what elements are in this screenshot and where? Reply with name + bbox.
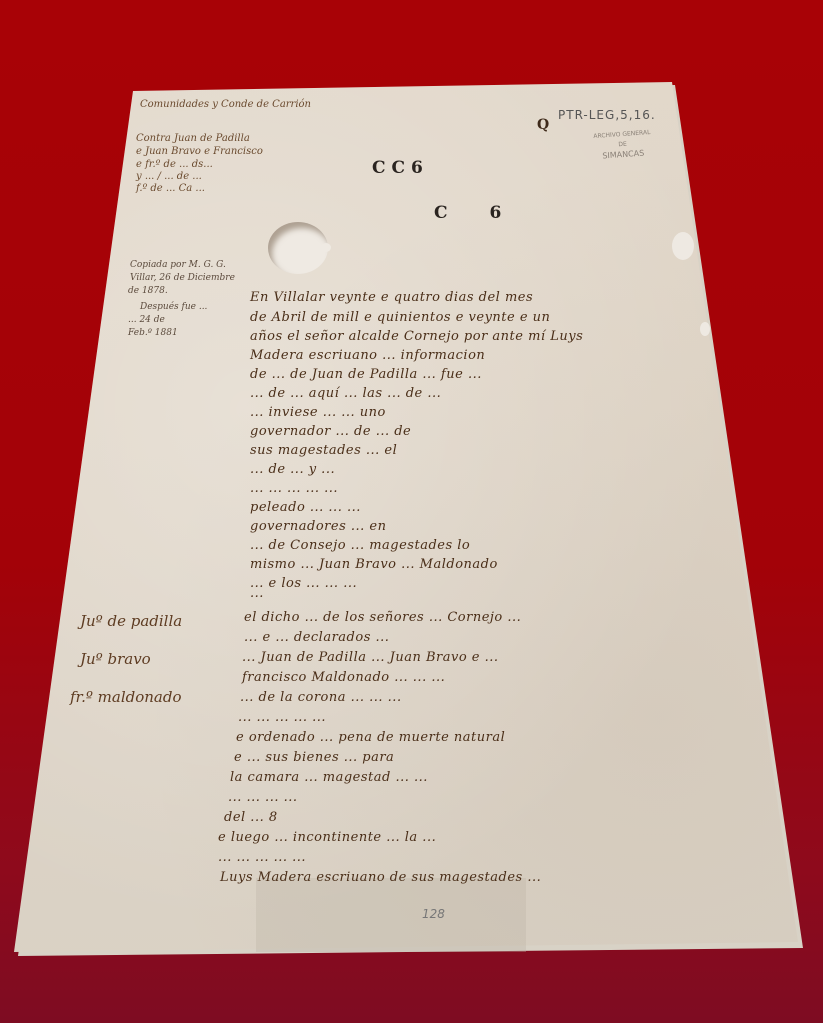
margin-signature-bravo: Juº bravo (80, 650, 151, 668)
body-line: sus magestades ... el (250, 443, 397, 458)
body-line: Madera escriuano ... informacion (250, 348, 485, 363)
margin-note-line: Villar, 26 de Diciembre (130, 273, 235, 283)
body-line: ... ... ... ... ... (218, 850, 306, 865)
archive-stamp: ARCHIVO GENERAL DE SIMANCAS (591, 128, 656, 172)
conservation-tape (256, 878, 526, 952)
header-line: y ... / ... de ... (136, 171, 202, 182)
body-line: ... e ... declarados ... (244, 630, 389, 645)
body-line: governador ... de ... de (250, 424, 411, 439)
body-line: el dicho ... de los señores ... Cornejo … (244, 610, 521, 625)
header-line: e Juan Bravo e Francisco (136, 146, 263, 157)
body-line: ... de ... y ... (250, 462, 335, 477)
header-line: e fr.º de ... ds... (136, 159, 213, 170)
body-line: ... inviese ... ... uno (250, 405, 386, 420)
paper-hole (268, 222, 328, 274)
margin-signature-padilla: Juº de padilla (80, 612, 182, 630)
body-line: En Villalar veynte e quatro dias del mes (250, 290, 533, 305)
paper-stain (672, 232, 694, 260)
header-line: f.º de ... Ca ... (136, 183, 205, 194)
margin-note-line: de 1878. (128, 286, 168, 296)
body-line: governadores ... en (250, 519, 386, 534)
header-line: Contra Juan de Padilla (136, 133, 250, 144)
body-line: e luego ... incontinente ... la ... (218, 830, 436, 845)
body-line: francisco Maldonado ... ... ... (242, 670, 445, 685)
body-line: años el señor alcalde Cornejo por ante m… (250, 329, 583, 344)
margin-note-line: Feb.º 1881 (128, 328, 178, 338)
paper-stain (700, 322, 710, 336)
margin-note-line: Copiada por M. G. G. (130, 260, 226, 270)
margin-signature-maldonado: fr.º maldonado (70, 688, 182, 706)
archive-reference: PTR-LEG,5,16. (558, 108, 656, 122)
body-line: ... (250, 586, 264, 601)
body-line: mismo ... Juan Bravo ... Maldonado (250, 557, 498, 572)
body-line: de ... de Juan de Padilla ... fue ... (250, 367, 482, 382)
folio-mark: C 6 (434, 203, 519, 223)
body-line: ... ... ... ... ... (250, 481, 338, 496)
body-line: del ... 8 (224, 810, 278, 825)
body-line: ... ... ... ... ... (238, 710, 326, 725)
body-line: ... de Consejo ... magestades lo (250, 538, 470, 553)
page-number: 128 (422, 907, 445, 921)
body-line: peleado ... ... ... (250, 500, 361, 515)
body-line: ... de ... aquí ... las ... de ... (250, 386, 441, 401)
body-line: de Abril de mill e quinientos e veynte e… (250, 310, 550, 325)
body-line: ... ... ... ... (228, 790, 298, 805)
body-line: Luys Madera escriuano de sus magestades … (220, 870, 541, 885)
body-line: e ... sus bienes ... para (234, 750, 394, 765)
margin-note-line: Después fue ... (140, 302, 207, 312)
folio-mark: CC6 (372, 158, 429, 178)
margin-note-line: ... 24 de (128, 315, 165, 325)
paper-hole-notch (321, 243, 331, 252)
body-line: e ordenado ... pena de muerte natural (236, 730, 505, 745)
body-line: ... Juan de Padilla ... Juan Bravo e ... (242, 650, 499, 665)
body-line: ... e los ... ... ... (250, 576, 357, 591)
corner-mark: Q (537, 117, 549, 133)
header-title: Comunidades y Conde de Carrión (140, 99, 311, 110)
body-line: ... de la corona ... ... ... (240, 690, 402, 705)
body-line: la camara ... magestad ... ... (230, 770, 428, 785)
